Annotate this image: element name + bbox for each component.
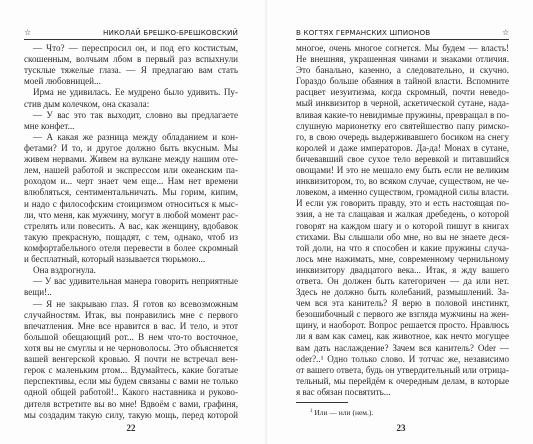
running-head-title: В КОГТЯХ ГЕРМАНСКИХ ШПИОНОВ <box>296 27 509 40</box>
page-number-right: 23 <box>381 423 421 433</box>
text-line: го, в свою очередь выдерживавшего босико… <box>296 132 509 143</box>
text-line: эзия, а не та слащавая и жалкая дребеден… <box>296 209 509 220</box>
text-line: хотя вы не смуглы и не черноволосы. Это … <box>24 343 238 354</box>
text-line: той доли, на что я способен и какие пруж… <box>296 243 509 254</box>
text-line: oder?..¹ Одно только слово. И тотчас же,… <box>296 354 509 365</box>
text-line: королей и даже императоров. Да-да! Монах… <box>296 143 509 154</box>
text-line: перспективы, если мы будем связаны с вам… <box>24 376 238 387</box>
text-line: — У вас удивительная манера говорить неп… <box>24 276 238 287</box>
text-line: — У вас это так выходит, словно вы предл… <box>24 110 238 121</box>
text-line: Ирма не удивилась. Ее мудрено было удиви… <box>24 87 238 98</box>
text-line: слушную марионетку его святейшество папу… <box>296 121 509 132</box>
footnote: 1 Или — или (нем.). <box>310 407 373 417</box>
text-line: стрелять или повесить. А вас, как женщин… <box>24 221 238 232</box>
text-line: комфортабельного отеля перевести в более… <box>24 243 238 254</box>
text-line: чем вся эта канитель? Я верю в половой и… <box>296 298 509 309</box>
text-line: скошенным, волчьим лбом в первый раз всп… <box>24 54 238 65</box>
text-line: безошибочный с первого же взгляда мужчин… <box>296 309 509 320</box>
footnote-text: Или — или (нем.). <box>314 408 373 417</box>
text-line: впечатления. Мне все нравится в вас. И т… <box>24 321 238 332</box>
text-line: расцвет иезуитизма, когда скромный, почт… <box>296 87 509 98</box>
text-line: вещи!.. <box>24 287 238 298</box>
text-line: ловеком, а именно существом, громадной с… <box>296 187 509 198</box>
text-line: ли, что меня, как мужчину, могут в любой… <box>24 210 238 221</box>
text-line: многое, очень многое согнется. Мы будем … <box>296 43 509 54</box>
text-line: дителя встретите вы во мне! Вдвоём с вам… <box>24 399 238 410</box>
text-line: бичевавший свое сухое тело веревкой и пи… <box>296 154 509 165</box>
star-ornament-icon: ☆ <box>502 28 509 38</box>
text-line: тусклые тяжелые глаза. — Я предлагаю вам… <box>24 65 238 76</box>
text-line: Гораздо больше обаяния в тайной власти. … <box>296 76 509 87</box>
right-page-body-text: многое, очень многое согнется. Мы будем … <box>296 43 509 398</box>
text-line: — Я не закрываю глаз. Я готов ко всевозм… <box>24 299 238 310</box>
text-line: щину, и наоборот. Вопрос решается просто… <box>296 320 509 331</box>
text-line: Здесь не должно быть колебаний, размышле… <box>296 287 509 298</box>
text-line: лем, нашей работой и экспрессом или океа… <box>24 165 238 176</box>
text-line: Это банально, казенно, а следовательно, … <box>296 65 509 76</box>
text-line: мне конфет... <box>24 121 238 132</box>
text-line: Она вздрогнула. <box>24 265 238 276</box>
footnote-marker: 1 <box>310 409 313 414</box>
footnote-divider <box>296 402 348 403</box>
text-line: живем нервами. Живем на вулкане между на… <box>24 154 238 165</box>
text-line: ответа. Он должен быть категоричен — да … <box>296 276 509 287</box>
text-line: герок с маленьким ртом... Вдумайтесь, ка… <box>24 365 238 376</box>
page-number-left: 22 <box>111 423 151 433</box>
text-line: влюбляться, сентиментальничать. Мы горим… <box>24 187 238 198</box>
left-page-body-text: — Что? — переспросил он, и под его кости… <box>24 43 238 421</box>
text-line: вашей венгерской кровью. Я почти не встр… <box>24 354 238 365</box>
text-line: — А какая же разница между обладанием и … <box>24 132 238 143</box>
text-line: моей любовницей... <box>24 76 238 87</box>
text-line: говорят на каждом шагу и о которой пишут… <box>296 221 509 232</box>
text-line: стихами. Вы слышали обо мне, но вы не зн… <box>296 232 509 243</box>
text-line: ли я вам как самец, как животное, как не… <box>296 331 509 342</box>
text-line: инквизитором, то, во всяком случае, суще… <box>296 176 509 187</box>
text-line: и бесплатный, который называется тюрьмою… <box>24 254 238 265</box>
text-line: тельный, мы перейдём к очередным делам, … <box>296 376 509 387</box>
right-page: В КОГТЯХ ГЕРМАНСКИХ ШПИОНОВ ☆ многое, оч… <box>266 0 533 444</box>
text-line: лось мне нажимать, мне, современному чер… <box>296 254 509 265</box>
text-line: такую прекрасную, пощадят, с тем, однако… <box>24 232 238 243</box>
book-spread: ☆ НИКОЛАЙ БРЕШКО-БРЕШКОВСКИЙ — Что? — пе… <box>0 0 533 444</box>
text-line: инквизитору двадцатого века... Итак, я ж… <box>296 265 509 276</box>
text-line: — Что? — переспросил он, и под его кости… <box>24 43 238 54</box>
left-page: ☆ НИКОЛАЙ БРЕШКО-БРЕШКОВСКИЙ — Что? — пе… <box>0 0 266 444</box>
text-line: и надо с философским стоицизмом относить… <box>24 199 238 210</box>
text-line: одной общей работой!.. Какого наставника… <box>24 387 238 398</box>
text-line: овощами! И это не мешало ему быть если н… <box>296 165 509 176</box>
running-head-author: НИКОЛАЙ БРЕШКО-БРЕШКОВСКИЙ <box>24 27 238 40</box>
text-line: Не внешняя, украшенная чинами и знаками … <box>296 54 509 65</box>
text-line: вам дать наслаждение? Зачем вся канитель… <box>296 343 509 354</box>
text-line: вливая какие-то невидимые пружины, превр… <box>296 110 509 121</box>
text-line: фетами? И то, и другое должно быть вкусн… <box>24 143 238 154</box>
text-line: я вас обязан посвятить... <box>296 387 509 398</box>
text-line: мы создадим такую силу, такую мощь, пере… <box>24 410 238 421</box>
text-line: мый инквизитор в черной, аскетической су… <box>296 98 509 109</box>
text-line: И если уж говорить правду, это и есть на… <box>296 198 509 209</box>
text-line: случайностям. Итак, вы понравились мне с… <box>24 310 238 321</box>
text-line: от вашего ответа, будь он утвердительный… <box>296 365 509 376</box>
text-line: стив дым колечком, она сказала: <box>24 99 238 110</box>
text-line: большой обещающий рот... В нем что-то во… <box>24 332 238 343</box>
text-line: роходом и... черт знает чем еще... Нам н… <box>24 176 238 187</box>
